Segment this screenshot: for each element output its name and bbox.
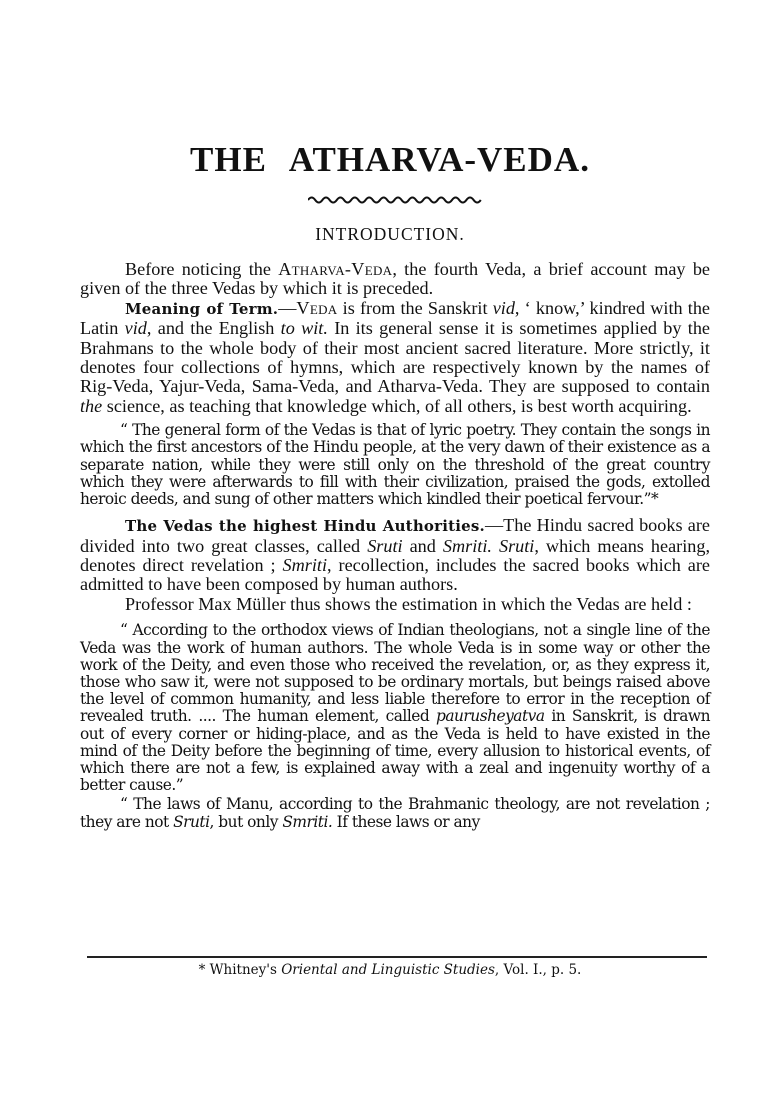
italic-run: Sruti <box>367 536 402 556</box>
footnote: * Whitney's Oriental and Linguistic Stud… <box>0 962 780 978</box>
em-dash: — <box>485 515 503 535</box>
smallcaps-veda: Veda <box>296 298 337 318</box>
paragraph-intro: Before noticing the Atharva-Veda, the fo… <box>80 260 710 299</box>
text-run: is from the Sanskrit <box>337 298 492 318</box>
italic-run: Smriti. <box>443 536 492 556</box>
text-run: , but only <box>210 813 283 831</box>
italic-run: vid <box>493 298 515 318</box>
page-title: THE ATHARVA-VEDA. <box>0 140 780 180</box>
footnote-divider <box>87 956 707 958</box>
section-heading-highest-authorities: The Vedas the highest Hindu Authorities. <box>125 517 485 535</box>
block-quote-lyric-poetry: “ The general form of the Vedas is that … <box>80 422 710 508</box>
paragraph-highest-authorities: The Vedas the highest Hindu Authorities.… <box>80 516 710 595</box>
italic-run: vid <box>125 318 147 338</box>
italic-run: the <box>80 396 102 416</box>
footnote-citation: , Vol. I., p. 5. <box>495 962 581 978</box>
text-run: If these laws or any <box>332 813 480 831</box>
text-run: Before noticing the <box>125 259 278 279</box>
italic-run: Smriti. <box>282 813 332 831</box>
section-heading-meaning-of-term: Meaning of Term. <box>125 300 278 318</box>
text-run: science, as teaching that knowledge whic… <box>102 396 691 416</box>
book-page: THE ATHARVA-VEDA. INTRODUCTION. Before n… <box>0 0 780 1108</box>
smallcaps-atharva-veda: Atharva-Veda <box>278 259 392 279</box>
footnote-marker: * Whitney's <box>199 962 282 978</box>
italic-run: to wit. <box>281 318 328 338</box>
em-dash: — <box>278 298 296 318</box>
footnote-title: Oriental and Linguistic Studies <box>281 962 495 978</box>
italic-run: Sruti <box>173 813 209 831</box>
paragraph-meaning-of-term: Meaning of Term.—Veda is from the Sanskr… <box>80 299 710 416</box>
italic-run: Smriti <box>283 555 327 575</box>
text-run: , and the English <box>147 318 281 338</box>
paragraph-max-muller: Professor Max Müller thus shows the esti… <box>80 595 710 614</box>
text-run: and <box>403 536 443 556</box>
block-quote-orthodox-views: “ According to the orthodox views of Ind… <box>80 622 710 794</box>
section-subtitle: INTRODUCTION. <box>0 224 780 245</box>
block-quote-laws-of-manu: “ The laws of Manu, according to the Bra… <box>80 796 710 830</box>
italic-run: paurusheyatva <box>436 707 545 725</box>
wavy-rule-ornament-icon <box>308 193 482 207</box>
italic-run: Sruti <box>499 536 534 556</box>
text-run <box>492 536 499 556</box>
body-text: Before noticing the Atharva-Veda, the fo… <box>80 260 710 831</box>
